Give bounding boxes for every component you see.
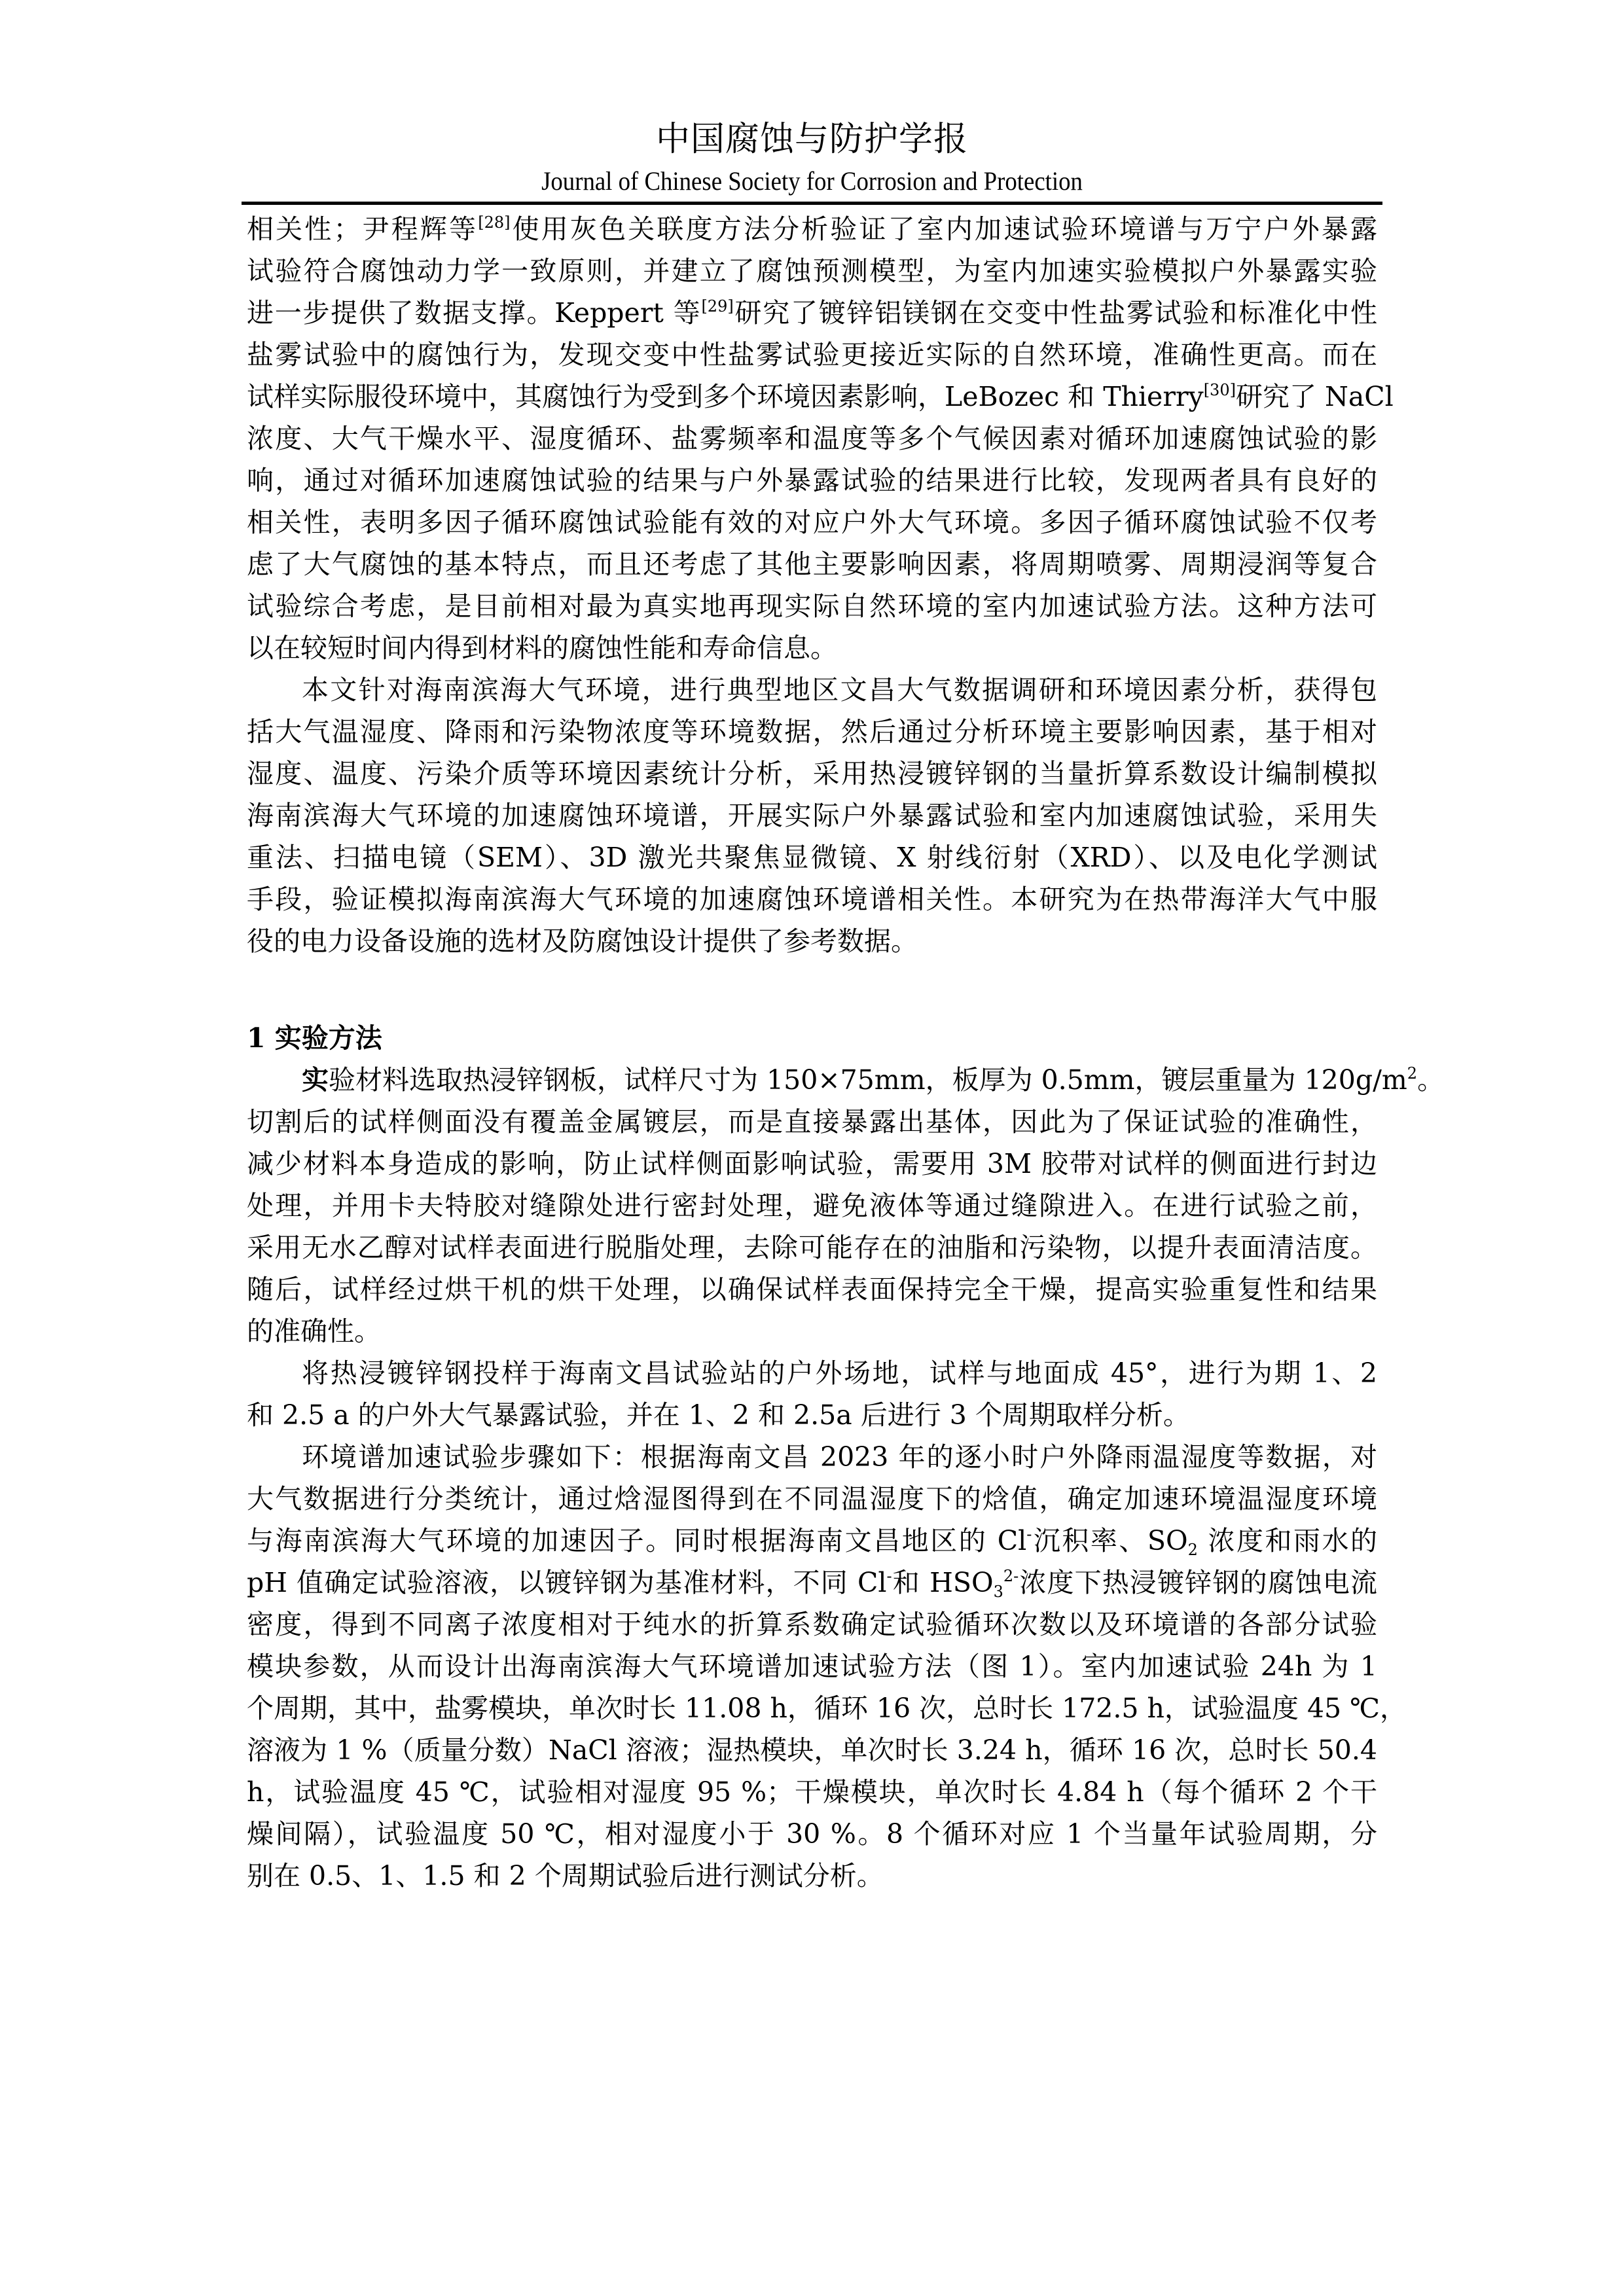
text-line: 溶液为 1 %（质量分数）NaCl 溶液；湿热模块，单次时长 3.24 h，循环… <box>247 1729 1377 1771</box>
text-line: 处理，并用卡夫特胶对缝隙处进行密封处理，避免液体等通过缝隙进入。在进行试验之前， <box>247 1185 1377 1227</box>
text-line: 和 2.5 a 的户外大气暴露试验，并在 1、2 和 2.5a 后进行 3 个周… <box>247 1394 1377 1436</box>
text-line: 环境谱加速试验步骤如下：根据海南文昌 2023 年的逐小时户外降雨温湿度等数据，… <box>247 1436 1377 1478</box>
text: 进一步提供了数据支撑。Keppert 等 <box>247 297 701 329</box>
text-line: 相关性，表明多因子循环腐蚀试验能有效的对应户外大气环境。多因子循环腐蚀试验不仅考 <box>247 501 1377 543</box>
section-gap <box>247 962 1377 1004</box>
text: 与海南滨海大气环境的加速因子。同时根据海南文昌地区的 Cl <box>247 1525 1026 1556</box>
paragraph-2: 本文针对海南滨海大气环境，进行典型地区文昌大气数据调研和环境因素分析，获得包 括… <box>247 669 1377 962</box>
text-line: 别在 0.5、1、1.5 和 2 个周期试验后进行测试分析。 <box>247 1855 1377 1897</box>
text: 。 <box>1417 1064 1444 1096</box>
citation-28[interactable]: [28] <box>478 213 510 232</box>
text-line: 浓度、大气干燥水平、湿度循环、盐雾频率和温度等多个气候因素对循环加速腐蚀试验的影 <box>247 418 1377 459</box>
text-line: 相关性；尹程辉等[28]使用灰色关联度方法分析验证了室内加速试验环境谱与万宁户外… <box>247 208 1377 250</box>
text-line: 进一步提供了数据支撑。Keppert 等[29]研究了镀锌铝镁钢在交变中性盐雾试… <box>247 292 1377 334</box>
text-line: 役的电力设备设施的选材及防腐蚀设计提供了参考数据。 <box>247 920 1377 962</box>
text: 试样实际服役环境中，其腐蚀行为受到多个环境因素影响，LeBozec 和 Thie… <box>247 381 1204 412</box>
text-line: 手段，验证模拟海南滨海大气环境的加速腐蚀环境谱相关性。本研究为在热带海洋大气中服 <box>247 878 1377 920</box>
text-line: pH 值确定试验溶液，以镀锌钢为基准材料，不同 Cl-和 HSO32-浓度下热浸… <box>247 1562 1377 1604</box>
text: 研究了镀锌铝镁钢在交变中性盐雾试验和标准化中性 <box>734 297 1377 329</box>
text-line: 减少材料本身造成的影响，防止试样侧面影响试验，需要用 3M 胶带对试样的侧面进行… <box>247 1143 1377 1185</box>
text-line: 湿度、温度、污染介质等环境因素统计分析，采用热浸镀锌钢的当量折算系数设计编制模拟 <box>247 753 1377 795</box>
text-line: 实验材料选取热浸锌钢板，试样尺寸为 150×75mm，板厚为 0.5mm，镀层重… <box>247 1059 1377 1101</box>
text: 浓度和雨水的 <box>1198 1525 1377 1556</box>
text: 使用灰色关联度方法分析验证了室内加速试验环境谱与万宁户外暴露 <box>510 213 1377 245</box>
text-line: 大气数据进行分类统计，通过焓湿图得到在不同温湿度下的焓值，确定加速环境温湿度环境 <box>247 1478 1377 1520</box>
text-line: 试验符合腐蚀动力学一致原则，并建立了腐蚀预测模型，为室内加速实验模拟户外暴露实验 <box>247 250 1377 292</box>
text: 验材料选取热浸锌钢板，试样尺寸为 150×75mm，板厚为 0.5mm，镀层重量… <box>329 1064 1407 1096</box>
article-body: 相关性；尹程辉等[28]使用灰色关联度方法分析验证了室内加速试验环境谱与万宁户外… <box>247 208 1377 1897</box>
citation-29[interactable]: [29] <box>701 297 733 315</box>
text-line: 括大气温湿度、降雨和污染物浓度等环境数据，然后通过分析环境主要影响因素，基于相对 <box>247 711 1377 753</box>
paragraph-5: 环境谱加速试验步骤如下：根据海南文昌 2023 年的逐小时户外降雨温湿度等数据，… <box>247 1436 1377 1897</box>
paragraph-1: 相关性；尹程辉等[28]使用灰色关联度方法分析验证了室内加速试验环境谱与万宁户外… <box>247 208 1377 669</box>
journal-title-cn: 中国腐蚀与防护学报 <box>0 117 1624 162</box>
text-line: 将热浸镀锌钢投样于海南文昌试验站的户外场地，试样与地面成 45°，进行为期 1、… <box>247 1352 1377 1394</box>
text-line: 本文针对海南滨海大气环境，进行典型地区文昌大气数据调研和环境因素分析，获得包 <box>247 669 1377 711</box>
text: 相关性；尹程辉等 <box>247 213 478 245</box>
text-line: 试验综合考虑，是目前相对最为真实地再现实际自然环境的室内加速试验方法。这种方法可 <box>247 585 1377 627</box>
text: 实 <box>302 1064 329 1096</box>
superscript: 2 <box>1407 1064 1417 1083</box>
text-line: 与海南滨海大气环境的加速因子。同时根据海南文昌地区的 Cl-沉积率、SO2 浓度… <box>247 1520 1377 1562</box>
text-line: 个周期，其中，盐雾模块，单次时长 11.08 h，循环 16 次，总时长 172… <box>247 1687 1377 1729</box>
text: 沉积率、SO <box>1032 1525 1187 1556</box>
text: 和 HSO <box>892 1567 994 1598</box>
subscript: 3 <box>994 1583 1003 1601</box>
paragraph-4: 将热浸镀锌钢投样于海南文昌试验站的户外场地，试样与地面成 45°，进行为期 1、… <box>247 1352 1377 1436</box>
text-line: 燥间隔），试验温度 50 ℃，相对湿度小于 30 %。8 个循环对应 1 个当量… <box>247 1813 1377 1855</box>
text-line: 试样实际服役环境中，其腐蚀行为受到多个环境因素影响，LeBozec 和 Thie… <box>247 376 1377 418</box>
text-line: 响，通过对循环加速腐蚀试验的结果与户外暴露试验的结果进行比较，发现两者具有良好的 <box>247 459 1377 501</box>
text-line: h，试验温度 45 ℃，试验相对湿度 95 %；干燥模块，单次时长 4.84 h… <box>247 1771 1377 1813</box>
text-line: 切割后的试样侧面没有覆盖金属镀层，而是直接暴露出基体，因此为了保证试验的准确性， <box>247 1101 1377 1143</box>
text-line: 虑了大气腐蚀的基本特点，而且还考虑了其他主要影响因素，将周期喷雾、周期浸润等复合 <box>247 543 1377 585</box>
section-heading: 1 实验方法 <box>247 1017 1377 1059</box>
header-rule <box>242 202 1382 205</box>
citation-30[interactable]: [30] <box>1204 381 1236 399</box>
subscript: 2 <box>1188 1541 1198 1559</box>
text-line: 的准确性。 <box>247 1310 1377 1352</box>
superscript: - <box>887 1567 892 1585</box>
text-line: 随后，试样经过烘干机的烘干处理，以确保试样表面保持完全干燥，提高实验重复性和结果 <box>247 1268 1377 1310</box>
text: 研究了 NaCl <box>1236 381 1394 412</box>
text-line: 采用无水乙醇对试样表面进行脱脂处理，去除可能存在的油脂和污染物，以提升表面清洁度… <box>247 1227 1377 1268</box>
text-line: 海南滨海大气环境的加速腐蚀环境谱，开展实际户外暴露试验和室内加速腐蚀试验，采用失 <box>247 795 1377 836</box>
text-line: 密度，得到不同离子浓度相对于纯水的折算系数确定试验循环次数以及环境谱的各部分试验 <box>247 1604 1377 1645</box>
text-line: 模块参数，从而设计出海南滨海大气环境谱加速试验方法（图 1）。室内加速试验 24… <box>247 1645 1377 1687</box>
text: 浓度下热浸镀锌钢的腐蚀电流 <box>1019 1567 1377 1598</box>
text-line: 盐雾试验中的腐蚀行为，发现交变中性盐雾试验更接近实际的自然环境，准确性更高。而在 <box>247 334 1377 376</box>
paragraph-3: 实验材料选取热浸锌钢板，试样尺寸为 150×75mm，板厚为 0.5mm，镀层重… <box>247 1059 1377 1352</box>
text: pH 值确定试验溶液，以镀锌钢为基准材料，不同 Cl <box>247 1567 887 1598</box>
journal-title-en: Journal of Chinese Society for Corrosion… <box>65 164 1559 199</box>
superscript: 2- <box>1003 1567 1019 1585</box>
text-line: 重法、扫描电镜（SEM）、3D 激光共聚焦显微镜、X 射线衍射（XRD）、以及电… <box>247 836 1377 878</box>
text-line: 以在较短时间内得到材料的腐蚀性能和寿命信息。 <box>247 627 1377 669</box>
